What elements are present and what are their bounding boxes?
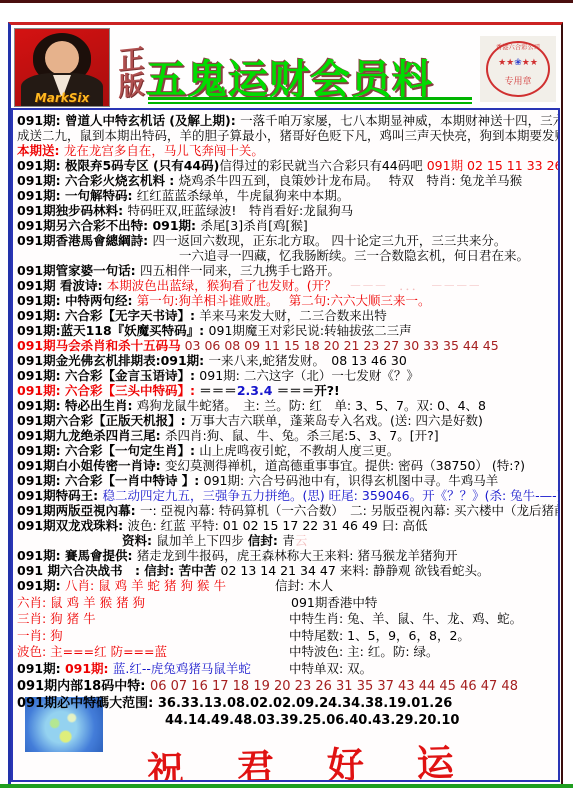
text-line: 资料: 鼠加羊上下四步 信封: 青云 bbox=[17, 533, 554, 548]
text-segment: 第一句:狗羊相斗谁败胜。 第二句:六六大顺三来一。 bbox=[137, 293, 431, 308]
seal-stars-left: ★★ bbox=[498, 58, 514, 68]
text-segment: 一: 亞視內幕: 特码算机（一六合数） 二: 另版亞視內幕: 买六楼中（龙后猪前… bbox=[140, 503, 560, 518]
text-segment: 091期管家婆一句话: bbox=[17, 263, 140, 278]
text-segment: 一六追寻一四藏，忆我肠断续。三一合数隐玄机，何日君在来。 bbox=[179, 248, 529, 263]
text-line: 中特波色: 主: 红。防: 绿。 bbox=[275, 644, 555, 661]
text-segment: 091期: bbox=[152, 218, 200, 233]
text-segment: 091期: 中特两句经: bbox=[17, 293, 137, 308]
text-line: 091期: 六合彩【无字天书诗】: 羊来马来发大财，二三合数来出特 bbox=[17, 308, 554, 323]
text-segment: 091期马会杀肖和杀十五码马 bbox=[17, 338, 181, 353]
text-line: 091期独步码林料: 特码旺双,旺蓝绿波! 特肖看好:龙鼠狗马 bbox=[17, 203, 554, 218]
text-line: 091期: 六合彩【三头中特码】: ＝＝＝2.3.4 ＝＝＝开?! bbox=[17, 383, 554, 398]
text-segment: 变幻莫测得禅机，道高德重事事宜。提供: 密码（38750） (特:?) bbox=[165, 458, 525, 473]
text-line: 091期: 中特两句经: 第一句:狗羊相斗谁败胜。 第二句:六六大顺三来一。 bbox=[17, 293, 554, 308]
text-segment: 091期: 六合彩火烧玄机料 : bbox=[17, 173, 179, 188]
photo-face-shape bbox=[45, 41, 79, 75]
text-segment: 中特生肖: 兔、羊、鼠、牛、龙、鸡、蛇。 bbox=[289, 611, 522, 626]
text-segment: 091期: 一句解特码: bbox=[17, 188, 137, 203]
text-line: 成送二九，鼠到本期出特码，羊的胆子算最小，猪哥好色贬下凡，鸡叫三声天快亮，狗到本… bbox=[17, 128, 554, 143]
text-segment: 资料: bbox=[122, 533, 156, 548]
text-segment: 091期: 六合彩【金言玉语诗】: bbox=[17, 368, 199, 383]
bottom-green-line bbox=[0, 784, 573, 788]
text-segment: 091期金光佛玄机排期表: bbox=[17, 353, 161, 368]
text-segment: 06 07 16 17 18 19 20 23 26 31 35 37 43 4… bbox=[150, 679, 518, 694]
text-segment: 091期九龙绝杀四肖三尾: bbox=[17, 428, 165, 443]
text-segment: 羊来马来发大财，二三合数来出特 bbox=[199, 308, 387, 323]
seal-bottom-text: 专用章 bbox=[480, 74, 556, 87]
text-segment: 山上虎鸣夜引蛇，不教胡人度三更。 bbox=[199, 443, 399, 458]
text-segment: 091期 bbox=[17, 578, 56, 593]
text-segment: 091期独步码林料: bbox=[17, 203, 127, 218]
text-segment: 信封: 苦中苦 bbox=[144, 563, 220, 578]
text-segment: 猪走龙到牛报码，虎王森林称大王来料: 猪马猴龙羊猪狗开 bbox=[137, 548, 458, 563]
text-line: 091期两版亞視內幕: 一: 亞視內幕: 特码算机（一六合数） 二: 另版亞視內… bbox=[17, 503, 554, 518]
text-line: 091期: 賽馬會提供: 猪走龙到牛报码，虎王森林称大王来料: 猪马猴龙羊猪狗开 bbox=[17, 548, 554, 563]
seal-stars-right: ★★ bbox=[522, 58, 538, 68]
text-segment: 红红蓝蓝杀绿单，牛虎鼠狗来中本期。 bbox=[137, 188, 350, 203]
text-segment: 091期: 六合彩【三头中特码】: bbox=[17, 383, 199, 398]
text-line: 091期: 六合彩【一句定生肖】: 山上虎鸣夜引蛇，不教胡人度三更。 bbox=[17, 443, 554, 458]
text-segment: 091期香港中特 bbox=[291, 595, 377, 610]
text-segment: 091 期六合决战书 : bbox=[17, 563, 144, 578]
text-segment: 稳二动四定九五，三强争五力拼绝。(思) 旺尾: 359046。开《？？》(杀: … bbox=[102, 488, 560, 503]
text-line: 091期香港中特 bbox=[275, 595, 555, 612]
body-panel: 091期: 曾道人中特玄机话 (及解上期): 一落千咱万家屡，七八本期显神威，本… bbox=[11, 108, 560, 782]
right-zhongte-column: 信封: 木人091期香港中特中特生肖: 兔、羊、鼠、牛、龙、鸡、蛇。中特尾数: … bbox=[275, 578, 555, 677]
main-text-block: 091期: 曾道人中特玄机话 (及解上期): 一落千咱万家屡，七八本期显神威，本… bbox=[17, 113, 554, 578]
text-segment: 本期波色出蓝绿，猴狗看了也发财。(开？ bbox=[107, 278, 337, 293]
text-line: 091期:蓝天118『妖魔买特码』: 091期魔王对彩民说:转轴拔弦二三声 bbox=[17, 323, 554, 338]
text-segment: 三肖: 狗 猪 牛 bbox=[17, 611, 96, 626]
text-line: 091 期六合决战书 : 信封: 苦中苦 02 13 14 21 34 47 来… bbox=[17, 563, 554, 578]
text-segment: 091期六合彩【正版天机报】: bbox=[17, 413, 190, 428]
text-segment: : bbox=[56, 578, 65, 593]
text-segment: 鸡狗龙鼠牛蛇猪。 主: 兰。防: 红 单: 3、5、7。双: 0、4、8 bbox=[137, 398, 486, 413]
text-line: 091期双龙戏珠料: 波色: 红蓝 平特: 01 02 15 17 22 31 … bbox=[17, 518, 554, 533]
text-segment: 信封: 木人 bbox=[275, 578, 333, 593]
text-segment: 烧鸡杀牛四五到，良策妙计龙布局。 特双 特肖: 兔龙羊马猴 bbox=[179, 173, 522, 188]
official-seal: 香港六合彩公司 ★★❀★★ 专用章 bbox=[480, 36, 556, 102]
text-segment: 本期送: bbox=[17, 143, 64, 158]
text-segment: 一来八来,蛇猪发财。 08 13 46 30 bbox=[209, 353, 407, 368]
text-line: 44.14.49.48.03.39.25.06.40.43.29.20.10 bbox=[17, 712, 554, 729]
text-segment: 091期: bbox=[161, 353, 209, 368]
text-line: 091期: 六合彩【一肖中特诗 】: 091期: 六合号码池中有，识得玄机图中寻… bbox=[17, 473, 554, 488]
top-border-line bbox=[0, 0, 573, 3]
text-segment: 信封: bbox=[248, 533, 282, 548]
text-line: 091期六合彩【正版天机报】: 万事大吉六联单，蓬莱岛专入名戏。(送: 四六是好… bbox=[17, 413, 554, 428]
text-segment: 091期: 六合彩【无字天书诗】: bbox=[17, 308, 199, 323]
text-line: 091期马会杀肖和杀十五码马 03 06 08 09 11 15 18 20 2… bbox=[17, 338, 554, 353]
text-segment: 青 bbox=[282, 533, 295, 548]
text-line: 091期必中特碼大范围: 36.33.13.08.02.02.09.24.34.… bbox=[17, 695, 554, 712]
text-segment: 091期香港馬會總綱詩: bbox=[17, 233, 152, 248]
text-segment: 龙在龙宫多自在，马儿飞奔闯十关。 bbox=[64, 143, 264, 158]
blessing-text: 祝 君 好 运 bbox=[146, 730, 554, 782]
text-segment: 成送二九，鼠到本期出特码，羊的胆子算最小，猪哥好色贬下凡，鸡叫三声天快亮，狗到本… bbox=[17, 128, 560, 143]
text-segment: －－－ ．．． －－－－ bbox=[337, 278, 481, 293]
flyer-page: MarkSix 正版 五鬼运财会员料 香港六合彩公司 ★★❀★★ 专用章 091… bbox=[0, 0, 573, 790]
text-line: 091期: 特必出生肖: 鸡狗龙鼠牛蛇猪。 主: 兰。防: 红 单: 3、5、7… bbox=[17, 398, 554, 413]
text-segment: 091期双龙戏珠料: bbox=[17, 518, 127, 533]
text-segment: 091期: 賽馬會提供: bbox=[17, 548, 137, 563]
text-line: 091期管家婆一句话: 四五相伴一同来，三九携手七路开。 bbox=[17, 263, 554, 278]
text-segment: 091期: bbox=[17, 661, 65, 676]
title-underline bbox=[148, 102, 472, 104]
two-column-section: 091期: 八肖: 鼠 鸡 羊 蛇 猪 狗 猴 牛六肖: 鼠 鸡 羊 猴 猪 狗… bbox=[17, 578, 554, 678]
text-segment: 091期: 六合号码池中有，识得玄机图中寻。牛鸡马羊 bbox=[204, 473, 499, 488]
text-segment: 03 06 08 09 11 15 18 20 21 23 27 30 33 3… bbox=[181, 338, 499, 353]
text-segment: 091期: 极限弃5码专区 (只有44码) bbox=[17, 158, 219, 173]
text-line: 一六追寻一四藏，忆我肠断续。三一合数隐玄机，何日君在来。 bbox=[17, 248, 554, 263]
text-line: 091期: 一句解特码: 红红蓝蓝杀绿单，牛虎鼠狗来中本期。 bbox=[17, 188, 554, 203]
text-segment: 四一返回六数现，正东北方取。 四十论定三九开，三三共来分。 bbox=[152, 233, 506, 248]
seal-stars: ★★❀★★ bbox=[480, 58, 556, 68]
text-line: 091期内部18码中特: 06 07 16 17 18 19 20 23 26 … bbox=[17, 678, 554, 695]
text-line: 091期: 六合彩【金言玉语诗】: 091期: 二六这字（北）一七发财《？》 bbox=[17, 368, 554, 383]
text-segment: 091期内部18码中特: bbox=[17, 679, 150, 694]
text-line: 091期另六合彩不出特: 091期: 杀尾[3]杀肖[鸡[猴] bbox=[17, 218, 554, 233]
text-segment: 蓝.红--虎兔鸡猪马鼠羊蛇 bbox=[113, 661, 251, 676]
text-line: 091期金光佛玄机排期表:091期: 一来八来,蛇猪发财。 08 13 46 3… bbox=[17, 353, 554, 368]
text-segment: 091期 02 15 11 33 26、 bbox=[427, 158, 560, 173]
text-segment: 中特单双: 双。 bbox=[289, 661, 372, 676]
text-line: 信封: 木人 bbox=[275, 578, 555, 595]
text-line: 091期: 八肖: 鼠 鸡 羊 蛇 猪 狗 猴 牛 bbox=[17, 578, 279, 595]
text-segment: 一落千咱万家屡，七八本期显神威，本期财神送十四，三六公 bbox=[240, 113, 560, 128]
text-segment: 万事大吉六联单，蓬莱岛专入名戏。(送: 四六是好数) bbox=[190, 413, 483, 428]
text-segment: 091期两版亞視內幕: bbox=[17, 503, 140, 518]
text-line: 091期: 曾道人中特玄机话 (及解上期): 一落千咱万家屡，七八本期显神威，本… bbox=[17, 113, 554, 128]
text-segment: 特码旺双,旺蓝绿波! 特肖看好:龙鼠狗马 bbox=[127, 203, 353, 218]
text-segment: 四五相伴一同来，三九携手七路开。 bbox=[140, 263, 340, 278]
text-line: 本期送: 龙在龙宫多自在，马儿飞奔闯十关。 bbox=[17, 143, 554, 158]
text-segment: 2.3.4 bbox=[237, 383, 277, 398]
text-segment: 八肖: 鼠 鸡 羊 蛇 猪 狗 猴 牛 bbox=[65, 578, 226, 593]
text-segment: 091期: 曾道人中特玄机话 (及解上期): bbox=[17, 113, 240, 128]
text-line: 一肖: 狗 bbox=[17, 628, 279, 645]
bottom-numbers-block: 091期内部18码中特: 06 07 16 17 18 19 20 23 26 … bbox=[17, 678, 554, 729]
text-segment: 波色: 主===红 防===蓝 bbox=[17, 644, 167, 659]
text-segment: 杀尾[3]杀肖[鸡[猴] bbox=[200, 218, 307, 233]
seal-star-center: ❀ bbox=[514, 58, 522, 68]
text-segment: 091期: 二六这字（北）一七发财《？》 bbox=[199, 368, 419, 383]
left-zodiac-column: 091期: 八肖: 鼠 鸡 羊 蛇 猪 狗 猴 牛六肖: 鼠 鸡 羊 猴 猪 狗… bbox=[17, 578, 279, 677]
text-line: 091期九龙绝杀四肖三尾: 杀四肖:狗、鼠、牛、兔。杀三尾:5、3、7。[开?] bbox=[17, 428, 554, 443]
text-segment: ＝＝＝ bbox=[199, 383, 237, 398]
text-line: 六肖: 鼠 鸡 羊 猴 猪 狗 bbox=[17, 595, 279, 612]
text-segment: 六肖: 鼠 鸡 羊 猴 猪 狗 bbox=[17, 595, 145, 610]
text-line: 091期: 091期: 蓝.红--虎兔鸡猪马鼠羊蛇 bbox=[17, 661, 279, 678]
text-segment: 091期必中特碼大范围: bbox=[17, 696, 158, 711]
text-segment: 02 13 14 21 34 47 bbox=[221, 563, 340, 578]
text-segment: 091期: 六合彩【一句定生肖】: bbox=[17, 443, 199, 458]
text-line: 波色: 主===红 防===蓝 bbox=[17, 644, 279, 661]
text-segment: ＝＝＝开?! bbox=[277, 383, 340, 398]
marksix-wordmark: MarkSix bbox=[15, 91, 109, 105]
text-segment: 091期白小姐传密一肖诗: bbox=[17, 458, 165, 473]
text-line: 091期特码王: 稳二动四定九五，三强争五力拼绝。(思) 旺尾: 359046。… bbox=[17, 488, 554, 503]
text-segment: 中特波色: 主: 红。防: 绿。 bbox=[289, 644, 439, 659]
text-line: 中特生肖: 兔、羊、鼠、牛、龙、鸡、蛇。 bbox=[275, 611, 555, 628]
seal-arc-text: 香港六合彩公司 bbox=[484, 43, 552, 52]
text-segment: 091期:蓝天118『妖魔买特码』: bbox=[17, 323, 209, 338]
text-segment: 波色: 红蓝 平特: 01 02 15 17 22 31 46 49 曰: 高低 bbox=[127, 518, 427, 533]
text-segment: 来料: 静静观 欲钱看蛇头。 bbox=[340, 563, 490, 578]
edition-badge: 正版 bbox=[110, 44, 144, 106]
host-photo: MarkSix bbox=[14, 28, 110, 107]
text-segment: 44.14.49.48.03.39.25.06.40.43.29.20.10 bbox=[165, 713, 459, 728]
text-segment: 一肖: 狗 bbox=[17, 628, 63, 643]
text-segment: 信得过的彩民就当六合彩只有44码吧 bbox=[219, 158, 426, 173]
text-segment: 中特尾数: 1、5，9，6，8，2。 bbox=[289, 628, 470, 643]
text-line: 中特尾数: 1、5，9，6，8，2。 bbox=[275, 628, 555, 645]
text-line: 091期香港馬會總綱詩: 四一返回六数现，正东北方取。 四十论定三九开，三三共来… bbox=[17, 233, 554, 248]
text-segment: 091期: 六合彩【一肖中特诗 】: bbox=[17, 473, 204, 488]
text-segment: 091期: 特必出生肖: bbox=[17, 398, 137, 413]
text-segment: 091期特码王: bbox=[17, 488, 102, 503]
text-segment: 杀四肖:狗、鼠、牛、兔。杀三尾:5、3、7。[开?] bbox=[165, 428, 439, 443]
text-line: 091期: 极限弃5码专区 (只有44码)信得过的彩民就当六合彩只有44码吧 0… bbox=[17, 158, 554, 173]
text-line: 091期 看波诗: 本期波色出蓝绿，猴狗看了也发财。(开？ －－－ ．．． －－… bbox=[17, 278, 554, 293]
text-segment: 36.33.13.08.02.02.09.24.34.38.19.01.26 bbox=[158, 696, 452, 711]
text-line: 三肖: 狗 猪 牛 bbox=[17, 611, 279, 628]
text-segment: 091期魔王对彩民说:转轴拔弦二三声 bbox=[209, 323, 412, 338]
text-segment: 云 bbox=[295, 533, 308, 548]
text-segment: 鼠加羊上下四步 bbox=[156, 533, 247, 548]
text-line: 中特单双: 双。 bbox=[275, 661, 555, 678]
text-segment: 091期 看波诗: bbox=[17, 278, 107, 293]
text-segment: 091期另六合彩不出特: bbox=[17, 218, 152, 233]
text-line: 091期: 六合彩火烧玄机料 : 烧鸡杀牛四五到，良策妙计龙布局。 特双 特肖:… bbox=[17, 173, 554, 188]
title-underline bbox=[148, 97, 472, 100]
text-segment: 091期: bbox=[65, 661, 113, 676]
text-line: 091期白小姐传密一肖诗: 变幻莫测得禅机，道高德重事事宜。提供: 密码（387… bbox=[17, 458, 554, 473]
